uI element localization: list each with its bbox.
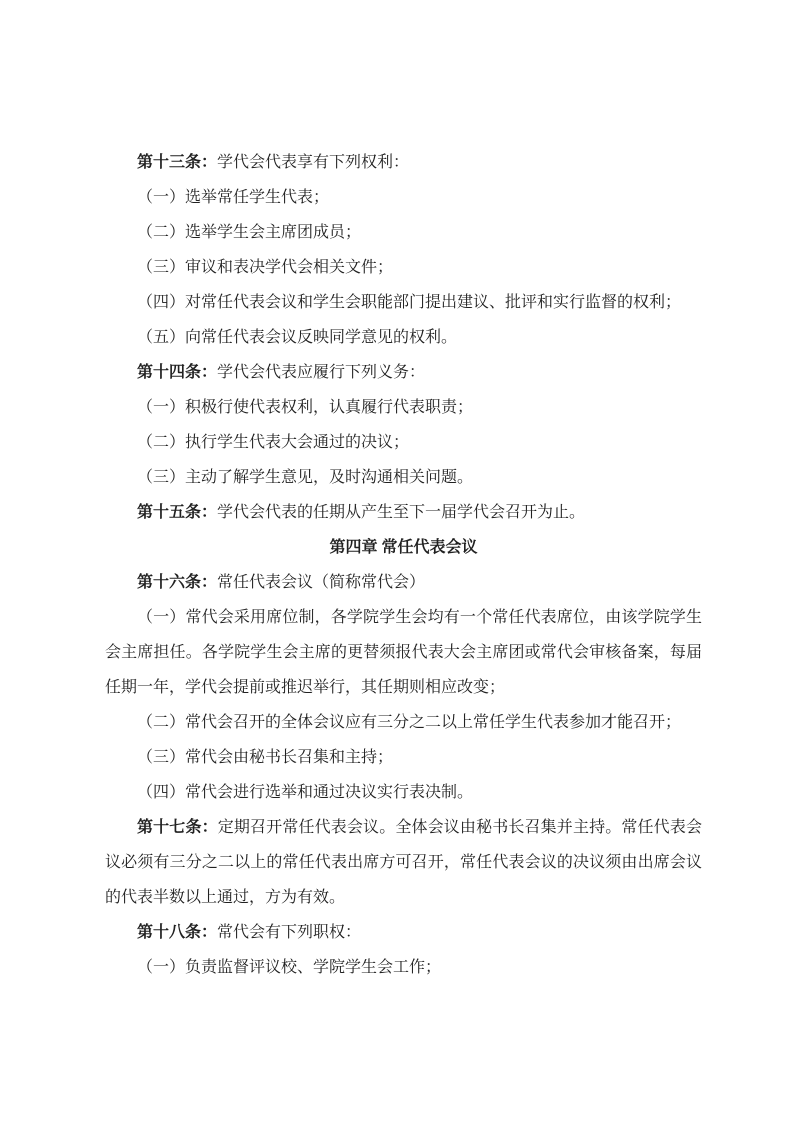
list-item-paragraph: （一）积极行使代表权利，认真履行代表职责； <box>105 390 702 425</box>
list-item-paragraph: （四）常代会进行选举和通过决议实行表决制。 <box>105 775 702 810</box>
paragraph-text: 学代会代表的任期从产生至下一届学代会召开为止。 <box>217 504 585 521</box>
document-content: 第十三条：学代会代表享有下列权利：（一）选举常任学生代表；（二）选举学生会主席团… <box>105 145 702 985</box>
article-paragraph: 第十七条：定期召开常任代表会议。全体会议由秘书长召集并主持。常任代表会议必须有三… <box>105 810 702 915</box>
list-item-paragraph: （一）选举常任学生代表； <box>105 180 702 215</box>
list-item-paragraph: （一）负责监督评议校、学院学生会工作； <box>105 950 702 985</box>
article-paragraph: 第十三条：学代会代表享有下列权利： <box>105 145 702 180</box>
article-label: 第十五条： <box>137 504 217 521</box>
article-label: 第十三条： <box>137 154 217 171</box>
paragraph-text: 学代会代表享有下列权利： <box>217 154 409 171</box>
paragraph-text: 学代会代表应履行下列义务： <box>217 364 425 381</box>
article-label: 第十七条： <box>137 819 218 836</box>
article-paragraph: 第十四条：学代会代表应履行下列义务： <box>105 355 702 390</box>
list-item-paragraph: （三）常代会由秘书长召集和主持； <box>105 740 702 775</box>
list-item-paragraph: （二）常代会召开的全体会议应有三分之二以上常任学生代表参加才能召开； <box>105 705 702 740</box>
paragraph-text: （五）向常任代表会议反映同学意见的权利。 <box>137 329 457 346</box>
paragraph-text: （一）选举常任学生代表； <box>137 189 329 206</box>
paragraph-text: （二）常代会召开的全体会议应有三分之二以上常任学生代表参加才能召开； <box>137 714 681 731</box>
paragraph-text: （二）执行学生代表大会通过的决议； <box>137 434 409 451</box>
article-paragraph: 第十八条：常代会有下列职权： <box>105 915 702 950</box>
list-item-paragraph: （四）对常任代表会议和学生会职能部门提出建议、批评和实行监督的权利； <box>105 285 702 320</box>
chapter-heading: 第四章 常任代表会议 <box>105 530 702 565</box>
paragraph-text: （一）负责监督评议校、学院学生会工作； <box>137 959 441 976</box>
document-page: 第十三条：学代会代表享有下列权利：（一）选举常任学生代表；（二）选举学生会主席团… <box>0 0 800 1131</box>
article-paragraph: 第十六条：常任代表会议（简称常代会） <box>105 565 702 600</box>
paragraph-text: （四）对常任代表会议和学生会职能部门提出建议、批评和实行监督的权利； <box>137 294 681 311</box>
paragraph-text: （二）选举学生会主席团成员； <box>137 224 361 241</box>
paragraph-text: （三）主动了解学生意见，及时沟通相关问题。 <box>137 469 473 486</box>
list-item-paragraph: （三）审议和表决学代会相关文件； <box>105 250 702 285</box>
paragraph-text: 第四章 常任代表会议 <box>329 539 477 556</box>
paragraph-text: 常任代表会议（简称常代会） <box>217 574 425 591</box>
paragraph-text: （一）常代会采用席位制，各学院学生会均有一个常任代表席位，由该学院学生会主席担任… <box>105 609 702 696</box>
list-item-paragraph: （一）常代会采用席位制，各学院学生会均有一个常任代表席位，由该学院学生会主席担任… <box>105 600 702 705</box>
paragraph-text: （四）常代会进行选举和通过决议实行表决制。 <box>137 784 473 801</box>
article-label: 第十八条： <box>137 924 217 941</box>
article-label: 第十四条： <box>137 364 217 381</box>
paragraph-text: （三）审议和表决学代会相关文件； <box>137 259 393 276</box>
article-paragraph: 第十五条：学代会代表的任期从产生至下一届学代会召开为止。 <box>105 495 702 530</box>
list-item-paragraph: （五）向常任代表会议反映同学意见的权利。 <box>105 320 702 355</box>
paragraph-text: （三）常代会由秘书长召集和主持； <box>137 749 393 766</box>
list-item-paragraph: （二）执行学生代表大会通过的决议； <box>105 425 702 460</box>
list-item-paragraph: （三）主动了解学生意见，及时沟通相关问题。 <box>105 460 702 495</box>
paragraph-text: （一）积极行使代表权利，认真履行代表职责； <box>137 399 473 416</box>
article-label: 第十六条： <box>137 574 217 591</box>
paragraph-text: 常代会有下列职权： <box>217 924 361 941</box>
list-item-paragraph: （二）选举学生会主席团成员； <box>105 215 702 250</box>
